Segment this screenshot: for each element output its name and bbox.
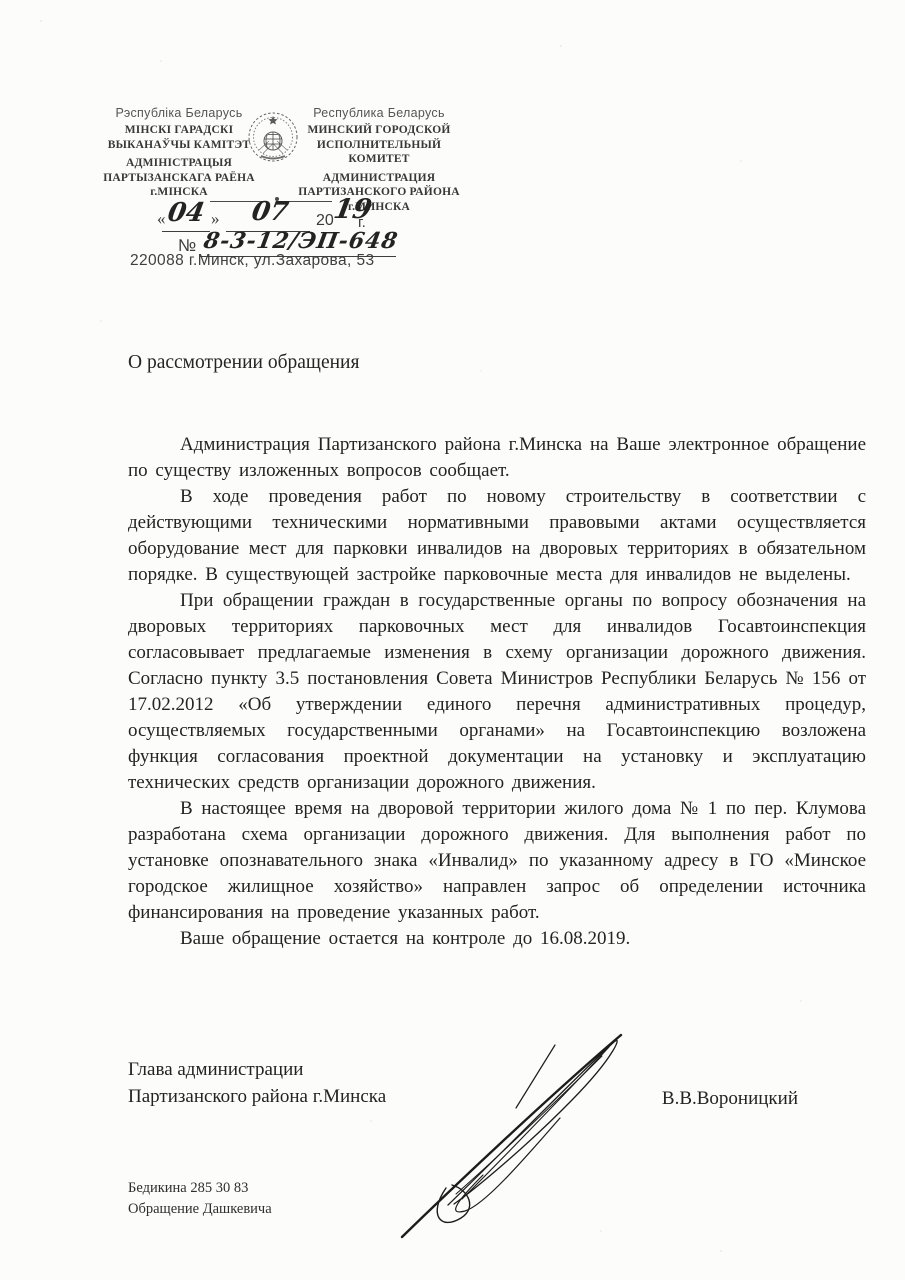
letterhead-line: ПАРТЫЗАНСКАГА РАЁНА [103, 171, 255, 186]
paragraph: Ваше обращение остается на контроле до 1… [128, 926, 866, 952]
handwritten-year: 19 [331, 194, 374, 225]
letter-body: Администрация Партизанского района г.Мин… [128, 432, 866, 952]
date-close-quote: » [211, 209, 220, 229]
scan-noise [40, 20, 42, 22]
letterhead-line: ВЫКАНАЎЧЫ КАМІТЭТ [103, 138, 255, 153]
scanned-letter-page: Рэспубліка Беларусь МІНСКІ ГАРАДСКІ ВЫКА… [0, 0, 905, 1280]
day-underline [162, 211, 210, 232]
letterhead-line: ПАРТИЗАНСКОГО РАЙОНА [295, 185, 463, 200]
footer-block: Бедикина 285 30 83 Обращение Дашкевича [128, 1178, 272, 1220]
letterhead-line: МИНСКИЙ ГОРОДСКОЙ [295, 123, 463, 138]
paragraph: Администрация Партизанского района г.Мин… [128, 432, 866, 484]
letterhead-line: АДМИНИСТРАЦИЯ [295, 171, 463, 186]
handwritten-signature [388, 1012, 638, 1252]
belarus-coat-of-arms-icon [246, 110, 300, 164]
letterhead-line: АДМІНІСТРАЦЫЯ [103, 156, 255, 171]
paragraph: В ходе проведения работ по новому строит… [128, 484, 866, 588]
signer-name: В.В.Вороницкий [662, 1088, 798, 1110]
letterhead-russian-column: Республика Беларусь МИНСКИЙ ГОРОДСКОЙ ИС… [295, 106, 463, 214]
sender-address: 220088 г.Минск, ул.Захарова, 53 [130, 252, 374, 270]
paragraph: В настоящее время на дворовой территории… [128, 796, 866, 926]
country-name-ru: Республика Беларусь [295, 106, 463, 120]
letterhead-line: МІНСКІ ГАРАДСКІ [103, 123, 255, 138]
letterhead-divider [286, 201, 332, 202]
case-reference: Обращение Дашкевича [128, 1199, 272, 1220]
country-name-by: Рэспубліка Беларусь [103, 106, 255, 120]
subject-line: О рассмотрении обращения [128, 352, 359, 374]
paragraph: При обращении граждан в государственные … [128, 588, 866, 796]
executor-phone: Бедикина 285 30 83 [128, 1178, 272, 1199]
letterhead-line: ИСПОЛНИТЕЛЬНЫЙ КОМИТЕТ [295, 138, 463, 167]
